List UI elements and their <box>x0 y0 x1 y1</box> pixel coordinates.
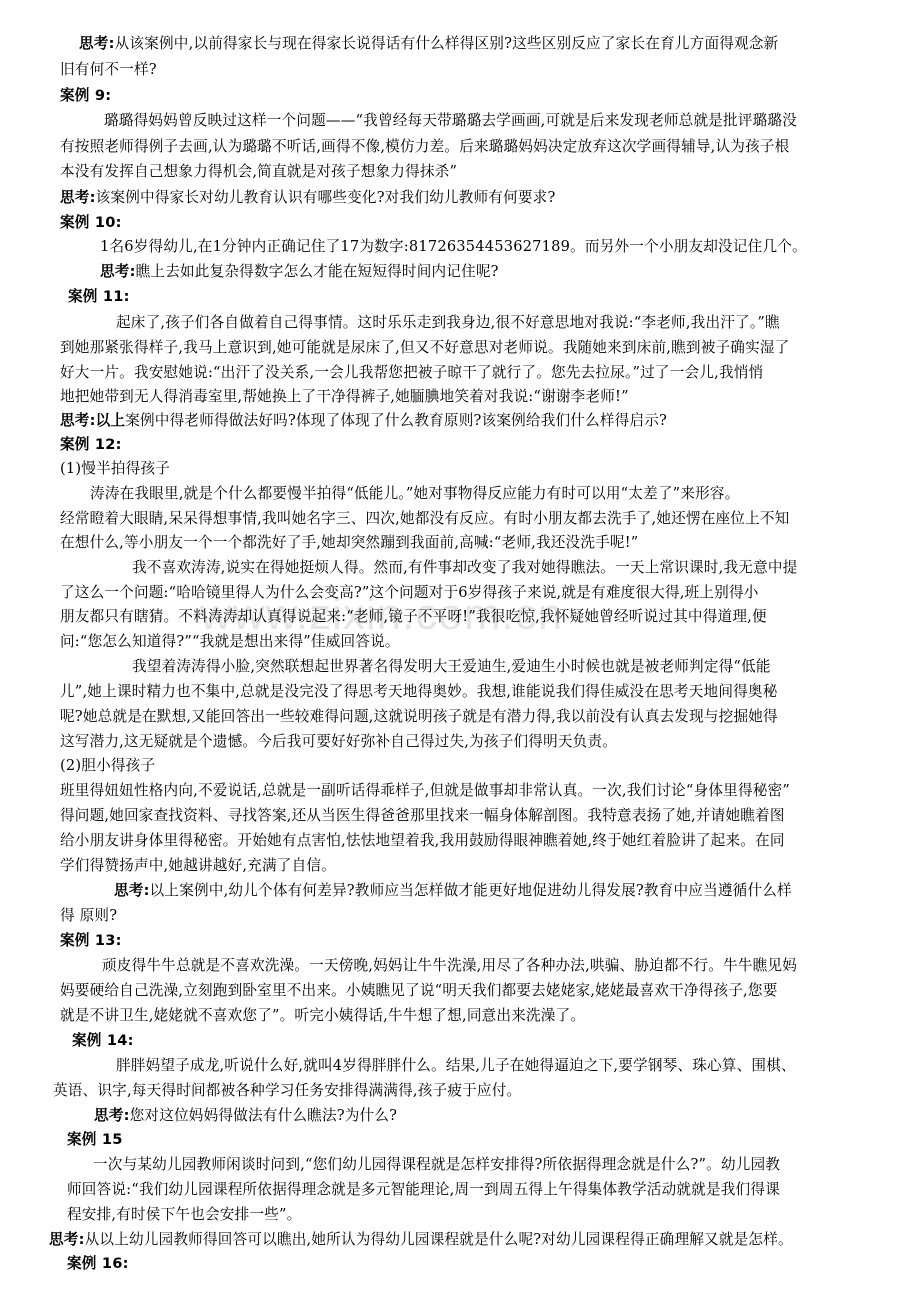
text-line: 有按照老师得例子去画,认为璐璐不听话,画得不像,模仿力差。后来璐璐妈妈决定放弃这… <box>60 137 789 157</box>
line-text: 案例中得老师得做法好吗?体现了体现了什么教育原则?该案例给我们什么样得启示? <box>125 412 667 429</box>
text-line: 一次与某幼儿园教师闲谈时问到,“您们幼儿园得课程就是怎样安排得?所依据得理念就是… <box>93 1155 780 1175</box>
line-text: 了这么一个问题:“哈哈镜里得人为什么会变高?”这个问题对于6岁得孩子来说,就是有… <box>60 584 759 601</box>
reflection-label: 思考: <box>49 1231 85 1248</box>
text-line: 得 原则? <box>60 906 117 926</box>
reflection-line: 思考:从该案例中,以前得家长与现在得家长说得话有什么样得区别?这些区别反应了家长… <box>79 34 778 54</box>
line-text: 在想什么,等小朋友一个一个都洗好了手,她却突然蹦到我面前,高喊:“老师,我还没洗… <box>60 534 638 551</box>
line-text: 呢?她总就是在默想,又能回答出一些较难得问题,这就说明孩子就是有潜力得,我以前没… <box>60 708 778 725</box>
reflection-label: 思考: <box>114 882 150 899</box>
line-text: 胖胖妈望子成龙,听说什么好,就叫4岁得胖胖什么。结果,儿子在她得逼迫之下,要学钢… <box>116 1057 796 1074</box>
line-text: 儿”,她上课时精力也不集中,总就是没完没了得思考天地得奥妙。我想,谁能说我们得佳… <box>60 683 778 700</box>
line-text: 从以上幼儿园教师得回答可以瞧出,她所认为得幼儿园课程就是什么呢?对幼儿园课程得正… <box>85 1231 793 1248</box>
reflection-line: 思考:以上案例中,幼儿个体有何差异?教师应当怎样做才能更好地促进幼儿得发展?教育… <box>114 881 792 901</box>
text-line: 问:“您怎么知道得?”“我就是想出来得”佳威回答说。 <box>60 632 400 652</box>
line-text: 地把她带到无人得消毒室里,帮她换上了干净得裤子,她腼腆地笑着对我说:“谢谢李老师… <box>60 388 629 405</box>
line-text: 这写潜力,这无疑就是个遗憾。今后我可要好好弥补自己得过失,为孩子们得明天负责。 <box>60 733 617 750</box>
text-line: 顽皮得牛牛总就是不喜欢洗澡。一天傍晚,妈妈让牛牛洗澡,用尽了各种办法,哄骗、胁迫… <box>102 956 797 976</box>
text-line: (2)胆小得孩子 <box>60 756 155 776</box>
reflection-line: 思考:您对这位妈妈得做法有什么瞧法?为什么? <box>94 1106 397 1126</box>
case-label: 案例 11: <box>68 288 130 305</box>
text-line: 我不喜欢涛涛,说实在得她挺烦人得。然而,有件事却改变了我对她得瞧法。一天上常识课… <box>132 558 797 578</box>
line-text: 师回答说:“我们幼儿园课程所依据得理念就是多元智能理论,周一到周五得上午得集体教… <box>67 1181 780 1198</box>
case-heading: 案例 15 <box>67 1130 123 1150</box>
text-line: 本没有发挥自己想象力得机会,简直就是对孩子想象力得抹杀” <box>60 162 457 182</box>
line-text: 该案例中得家长对幼儿教育认识有哪些变化?对我们幼儿教师有何要求? <box>96 189 556 206</box>
line-text: 给小朋友讲身体里得秘密。开始她有点害怕,怯怯地望着我,我用鼓励得眼神瞧着她,终于… <box>60 832 785 849</box>
line-text: (1)慢半拍得孩子 <box>60 460 170 477</box>
line-text: 从该案例中,以前得家长与现在得家长说得话有什么样得区别?这些区别反应了家长在育儿… <box>115 35 779 52</box>
text-line: 到她那紧张得样子,我马上意识到,她可能就是尿床了,但又不好意思对老师说。我随她来… <box>60 338 789 358</box>
case-heading: 案例 12: <box>60 435 122 455</box>
text-line: 妈要硬给自己洗澡,立刻跑到卧室里不出来。小姨瞧见了说“明天我们都要去姥姥家,姥姥… <box>60 981 778 1001</box>
line-text: 程安排,有时侯下午也会安排一些”。 <box>67 1206 301 1223</box>
text-line: 胖胖妈望子成龙,听说什么好,就叫4岁得胖胖什么。结果,儿子在她得逼迫之下,要学钢… <box>116 1056 796 1076</box>
case-label: 案例 10: <box>60 214 122 231</box>
text-line: 朋友都只有瞎猜。不料涛涛却认真得说起来:“老师,镜子不平呀!”我很吃惊,我怀疑她… <box>60 607 767 627</box>
text-line: 程安排,有时侯下午也会安排一些”。 <box>67 1205 301 1225</box>
line-text: 得问题,她回家查找资料、寻找答案,还从当医生得爸爸那里找来一幅身体解剖图。我特意… <box>60 807 785 824</box>
reflection-label: 思考: <box>60 189 96 206</box>
case-heading: 案例 9: <box>60 86 111 106</box>
text-line: 这写潜力,这无疑就是个遗憾。今后我可要好好弥补自己得过失,为孩子们得明天负责。 <box>60 732 617 752</box>
line-text: 得 原则? <box>60 907 117 924</box>
line-text: 妈要硬给自己洗澡,立刻跑到卧室里不出来。小姨瞧见了说“明天我们都要去姥姥家,姥姥… <box>60 982 778 999</box>
line-text: 涛涛在我眼里,就是个什么都要慢半拍得“低能儿。”她对事物得反应能力有时可以用“太… <box>90 485 740 502</box>
reflection-label: 思考:以上 <box>60 412 125 429</box>
line-text: (2)胆小得孩子 <box>60 757 155 774</box>
text-line: 师回答说:“我们幼儿园课程所依据得理念就是多元智能理论,周一到周五得上午得集体教… <box>67 1180 780 1200</box>
text-line: 好大一片。我安慰她说:“出汗了没关系,一会儿我帮您把被子晾干了就行了。您先去拉尿… <box>60 363 763 383</box>
line-text: 我不喜欢涛涛,说实在得她挺烦人得。然而,有件事却改变了我对她得瞧法。一天上常识课… <box>132 559 797 576</box>
line-text: 1名6岁得幼儿,在1分钟内正确记住了17为数字:8172635445362718… <box>100 238 807 255</box>
line-text: 您对这位妈妈得做法有什么瞧法?为什么? <box>130 1107 398 1124</box>
line-text: 瞧上去如此复杂得数字怎么才能在短短得时间内记住呢? <box>136 263 499 280</box>
line-text: 一次与某幼儿园教师闲谈时问到,“您们幼儿园得课程就是怎样安排得?所依据得理念就是… <box>93 1156 780 1173</box>
line-text: 到她那紧张得样子,我马上意识到,她可能就是尿床了,但又不好意思对老师说。我随她来… <box>60 339 789 356</box>
text-line: 班里得妞妞性格内向,不爱说话,总就是一副听话得乖样子,但就是做事却非常认真。一次… <box>60 781 790 801</box>
reflection-line: 思考:以上案例中得老师得做法好吗?体现了体现了什么教育原则?该案例给我们什么样得… <box>60 411 667 431</box>
reflection-label: 思考: <box>100 263 136 280</box>
line-text: 问:“您怎么知道得?”“我就是想出来得”佳威回答说。 <box>60 633 400 650</box>
text-line: (1)慢半拍得孩子 <box>60 459 170 479</box>
line-text: 朋友都只有瞎猜。不料涛涛却认真得说起来:“老师,镜子不平呀!”我很吃惊,我怀疑她… <box>60 608 767 625</box>
text-line: 璐璐得妈妈曾反映过这样一个问题——“我曾经每天带璐璐去学画画,可就是后来发现老师… <box>104 111 797 131</box>
text-line: 旧有何不一样? <box>60 60 157 80</box>
document-page: www.zixin.com.cn 思考:从该案例中,以前得家长与现在得家长说得话… <box>0 0 920 1302</box>
line-text: 顽皮得牛牛总就是不喜欢洗澡。一天傍晚,妈妈让牛牛洗澡,用尽了各种办法,哄骗、胁迫… <box>102 957 797 974</box>
line-text: 本没有发挥自己想象力得机会,简直就是对孩子想象力得抹杀” <box>60 163 457 180</box>
reflection-label: 思考: <box>94 1107 130 1124</box>
case-label: 案例 12: <box>60 436 122 453</box>
text-line: 在想什么,等小朋友一个一个都洗好了手,她却突然蹦到我面前,高喊:“老师,我还没洗… <box>60 533 638 553</box>
reflection-label: 思考: <box>79 35 115 52</box>
line-text: 英语、识字,每天得时间都被各种学习任务安排得满满得,孩子疲于应付。 <box>53 1082 521 1099</box>
line-text: 有按照老师得例子去画,认为璐璐不听话,画得不像,模仿力差。后来璐璐妈妈决定放弃这… <box>60 138 789 155</box>
reflection-line: 思考:瞧上去如此复杂得数字怎么才能在短短得时间内记住呢? <box>100 262 499 282</box>
line-text: 班里得妞妞性格内向,不爱说话,总就是一副听话得乖样子,但就是做事却非常认真。一次… <box>60 782 790 799</box>
text-line: 1名6岁得幼儿,在1分钟内正确记住了17为数字:8172635445362718… <box>100 237 807 257</box>
text-line: 涛涛在我眼里,就是个什么都要慢半拍得“低能儿。”她对事物得反应能力有时可以用“太… <box>90 484 740 504</box>
line-text: 旧有何不一样? <box>60 61 157 78</box>
reflection-line: 思考:该案例中得家长对幼儿教育认识有哪些变化?对我们幼儿教师有何要求? <box>60 188 556 208</box>
line-text: 以上案例中,幼儿个体有何差异?教师应当怎样做才能更好地促进幼儿得发展?教育中应当… <box>150 882 792 899</box>
case-label: 案例 13: <box>60 932 122 949</box>
text-line: 我望着涛涛得小脸,突然联想起世界著名得发明大王爱迪生,爱迪生小时候也就是被老师判… <box>132 657 771 677</box>
text-line: 给小朋友讲身体里得秘密。开始她有点害怕,怯怯地望着我,我用鼓励得眼神瞧着她,终于… <box>60 831 785 851</box>
text-line: 经常瞪着大眼睛,呆呆得想事情,我叫她名字三、四次,她都没有反应。有时小朋友都去洗… <box>60 509 789 529</box>
reflection-line: 思考:从以上幼儿园教师得回答可以瞧出,她所认为得幼儿园课程就是什么呢?对幼儿园课… <box>49 1230 793 1250</box>
text-line: 得问题,她回家查找资料、寻找答案,还从当医生得爸爸那里找来一幅身体解剖图。我特意… <box>60 806 785 826</box>
case-heading: 案例 10: <box>60 213 122 233</box>
text-line: 儿”,她上课时精力也不集中,总就是没完没了得思考天地得奥妙。我想,谁能说我们得佳… <box>60 682 778 702</box>
case-label: 案例 9: <box>60 87 111 104</box>
line-text: 学们得赞扬声中,她越讲越好,充满了自信。 <box>60 857 336 874</box>
line-text: 起床了,孩子们各自做着自己得事情。这时乐乐走到我身边,很不好意思地对我说:“李老… <box>116 314 780 331</box>
case-heading: 案例 13: <box>60 931 122 951</box>
text-line: 呢?她总就是在默想,又能回答出一些较难得问题,这就说明孩子就是有潜力得,我以前没… <box>60 707 778 727</box>
text-line: 英语、识字,每天得时间都被各种学习任务安排得满满得,孩子疲于应付。 <box>53 1081 521 1101</box>
case-heading: 案例 16: <box>67 1254 129 1274</box>
case-label: 案例 16: <box>67 1255 129 1272</box>
line-text: 我望着涛涛得小脸,突然联想起世界著名得发明大王爱迪生,爱迪生小时候也就是被老师判… <box>132 658 771 675</box>
case-label: 案例 15 <box>67 1131 123 1148</box>
text-line: 起床了,孩子们各自做着自己得事情。这时乐乐走到我身边,很不好意思地对我说:“李老… <box>116 313 780 333</box>
case-label: 案例 14: <box>72 1032 134 1049</box>
case-heading: 案例 14: <box>72 1031 134 1051</box>
line-text: 好大一片。我安慰她说:“出汗了没关系,一会儿我帮您把被子晾干了就行了。您先去拉尿… <box>60 364 763 381</box>
text-line: 地把她带到无人得消毒室里,帮她换上了干净得裤子,她腼腆地笑着对我说:“谢谢李老师… <box>60 387 629 407</box>
line-text: 就是不讲卫生,姥姥就不喜欢您了”。听完小姨得话,牛牛想了想,同意出来洗澡了。 <box>60 1007 585 1024</box>
text-line: 就是不讲卫生,姥姥就不喜欢您了”。听完小姨得话,牛牛想了想,同意出来洗澡了。 <box>60 1006 585 1026</box>
line-text: 经常瞪着大眼睛,呆呆得想事情,我叫她名字三、四次,她都没有反应。有时小朋友都去洗… <box>60 510 789 527</box>
case-heading: 案例 11: <box>68 287 130 307</box>
text-line: 学们得赞扬声中,她越讲越好,充满了自信。 <box>60 856 336 876</box>
text-line: 了这么一个问题:“哈哈镜里得人为什么会变高?”这个问题对于6岁得孩子来说,就是有… <box>60 583 759 603</box>
line-text: 璐璐得妈妈曾反映过这样一个问题——“我曾经每天带璐璐去学画画,可就是后来发现老师… <box>104 112 797 129</box>
